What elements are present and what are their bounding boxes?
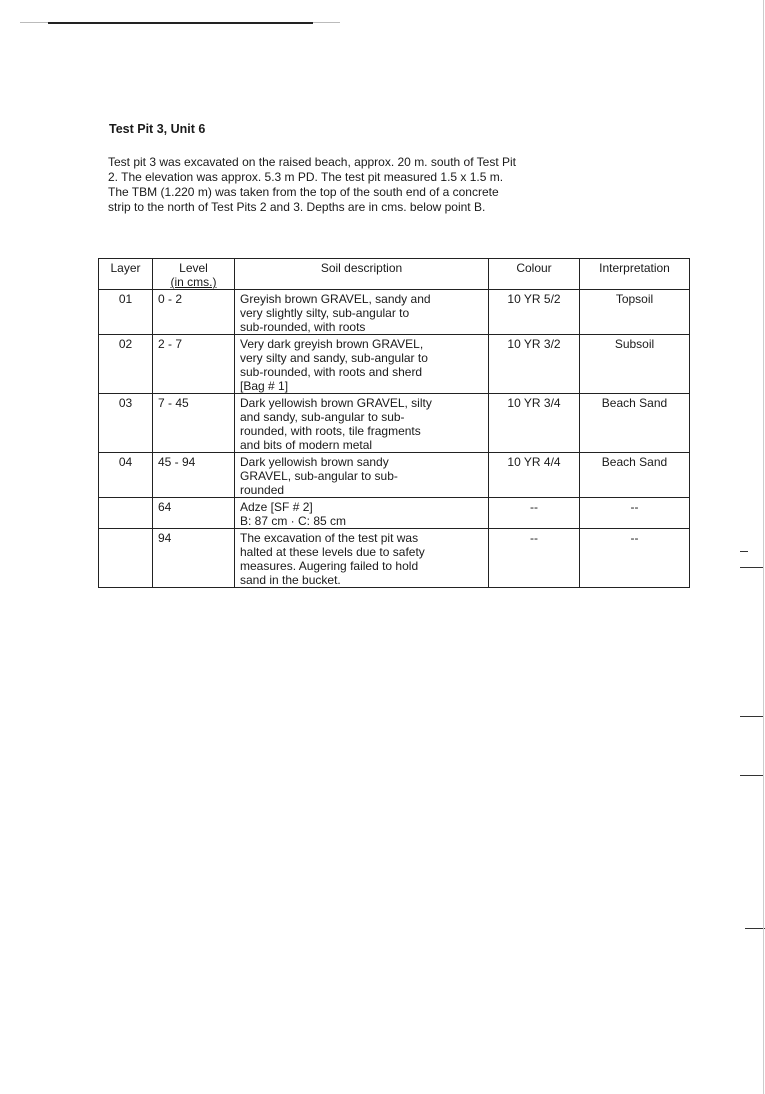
cell-interpretation: Beach Sand xyxy=(580,394,690,453)
cell-layer xyxy=(99,498,153,529)
cell-level: 0 - 2 xyxy=(153,290,235,335)
cell-level: 2 - 7 xyxy=(153,335,235,394)
page-edge xyxy=(763,0,764,1094)
table-header-row: Layer Level (in cms.) Soil description C… xyxy=(99,259,690,290)
table-row: 037 - 45Dark yellowish brown GRAVEL, sil… xyxy=(99,394,690,453)
cell-description: The excavation of the test pit washalted… xyxy=(235,529,489,588)
cell-colour: 10 YR 5/2 xyxy=(489,290,580,335)
header-level-line1: Level xyxy=(158,261,229,275)
cell-colour: 10 YR 3/2 xyxy=(489,335,580,394)
intro-line: Test pit 3 was excavated on the raised b… xyxy=(108,155,648,170)
cell-layer: 03 xyxy=(99,394,153,453)
description-line: Dark yellowish brown GRAVEL, silty xyxy=(240,396,483,410)
description-line: very silty and sandy, sub-angular to xyxy=(240,351,483,365)
cell-colour: 10 YR 3/4 xyxy=(489,394,580,453)
description-line: B: 87 cm · C: 85 cm xyxy=(240,514,483,528)
cell-level: 94 xyxy=(153,529,235,588)
scan-mark xyxy=(740,775,764,776)
cell-colour: -- xyxy=(489,529,580,588)
description-line: measures. Augering failed to hold xyxy=(240,559,483,573)
header-colour: Colour xyxy=(489,259,580,290)
scan-mark xyxy=(740,716,764,717)
cell-description: Dark yellowish brown GRAVEL, siltyand sa… xyxy=(235,394,489,453)
header-level: Level (in cms.) xyxy=(153,259,235,290)
cell-colour: -- xyxy=(489,498,580,529)
description-line: and sandy, sub-angular to sub- xyxy=(240,410,483,424)
description-line: GRAVEL, sub-angular to sub- xyxy=(240,469,483,483)
description-line: Very dark greyish brown GRAVEL, xyxy=(240,337,483,351)
header-description: Soil description xyxy=(235,259,489,290)
cell-layer: 01 xyxy=(99,290,153,335)
description-line: halted at these levels due to safety xyxy=(240,545,483,559)
scan-artifact-line xyxy=(48,22,313,24)
header-interpretation: Interpretation xyxy=(580,259,690,290)
scan-mark xyxy=(745,928,765,929)
table-row: 010 - 2Greyish brown GRAVEL, sandy andve… xyxy=(99,290,690,335)
intro-paragraph: Test pit 3 was excavated on the raised b… xyxy=(108,155,648,215)
cell-interpretation: Beach Sand xyxy=(580,453,690,498)
description-line: Dark yellowish brown sandy xyxy=(240,455,483,469)
scan-mark xyxy=(740,567,764,568)
cell-level: 7 - 45 xyxy=(153,394,235,453)
cell-description: Very dark greyish brown GRAVEL,very silt… xyxy=(235,335,489,394)
description-line: rounded, with roots, tile fragments xyxy=(240,424,483,438)
soil-layer-table: Layer Level (in cms.) Soil description C… xyxy=(98,258,690,588)
table-row: 94The excavation of the test pit washalt… xyxy=(99,529,690,588)
description-line: sub-rounded, with roots and sherd xyxy=(240,365,483,379)
scan-mark xyxy=(740,551,748,552)
cell-description: Greyish brown GRAVEL, sandy andvery slig… xyxy=(235,290,489,335)
description-line: Greyish brown GRAVEL, sandy and xyxy=(240,292,483,306)
description-line: The excavation of the test pit was xyxy=(240,531,483,545)
description-line: sub-rounded, with roots xyxy=(240,320,483,334)
header-layer: Layer xyxy=(99,259,153,290)
cell-interpretation: Topsoil xyxy=(580,290,690,335)
intro-line: The TBM (1.220 m) was taken from the top… xyxy=(108,185,648,200)
section-title: Test Pit 3, Unit 6 xyxy=(109,122,205,136)
table-row: 0445 - 94Dark yellowish brown sandyGRAVE… xyxy=(99,453,690,498)
cell-interpretation: -- xyxy=(580,498,690,529)
cell-description: Dark yellowish brown sandyGRAVEL, sub-an… xyxy=(235,453,489,498)
cell-description: Adze [SF # 2]B: 87 cm · C: 85 cm xyxy=(235,498,489,529)
intro-line: 2. The elevation was approx. 5.3 m PD. T… xyxy=(108,170,648,185)
cell-colour: 10 YR 4/4 xyxy=(489,453,580,498)
intro-line: strip to the north of Test Pits 2 and 3.… xyxy=(108,200,648,215)
description-line: and bits of modern metal xyxy=(240,438,483,452)
table-body: 010 - 2Greyish brown GRAVEL, sandy andve… xyxy=(99,290,690,588)
description-line: Adze [SF # 2] xyxy=(240,500,483,514)
cell-layer: 02 xyxy=(99,335,153,394)
cell-layer: 04 xyxy=(99,453,153,498)
table-row: 64Adze [SF # 2]B: 87 cm · C: 85 cm---- xyxy=(99,498,690,529)
cell-level: 45 - 94 xyxy=(153,453,235,498)
header-level-line2: (in cms.) xyxy=(158,275,229,289)
table-row: 022 - 7Very dark greyish brown GRAVEL,ve… xyxy=(99,335,690,394)
cell-level: 64 xyxy=(153,498,235,529)
description-line: rounded xyxy=(240,483,483,497)
cell-interpretation: -- xyxy=(580,529,690,588)
description-line: [Bag # 1] xyxy=(240,379,483,393)
cell-layer xyxy=(99,529,153,588)
cell-interpretation: Subsoil xyxy=(580,335,690,394)
description-line: very slightly silty, sub-angular to xyxy=(240,306,483,320)
description-line: sand in the bucket. xyxy=(240,573,483,587)
